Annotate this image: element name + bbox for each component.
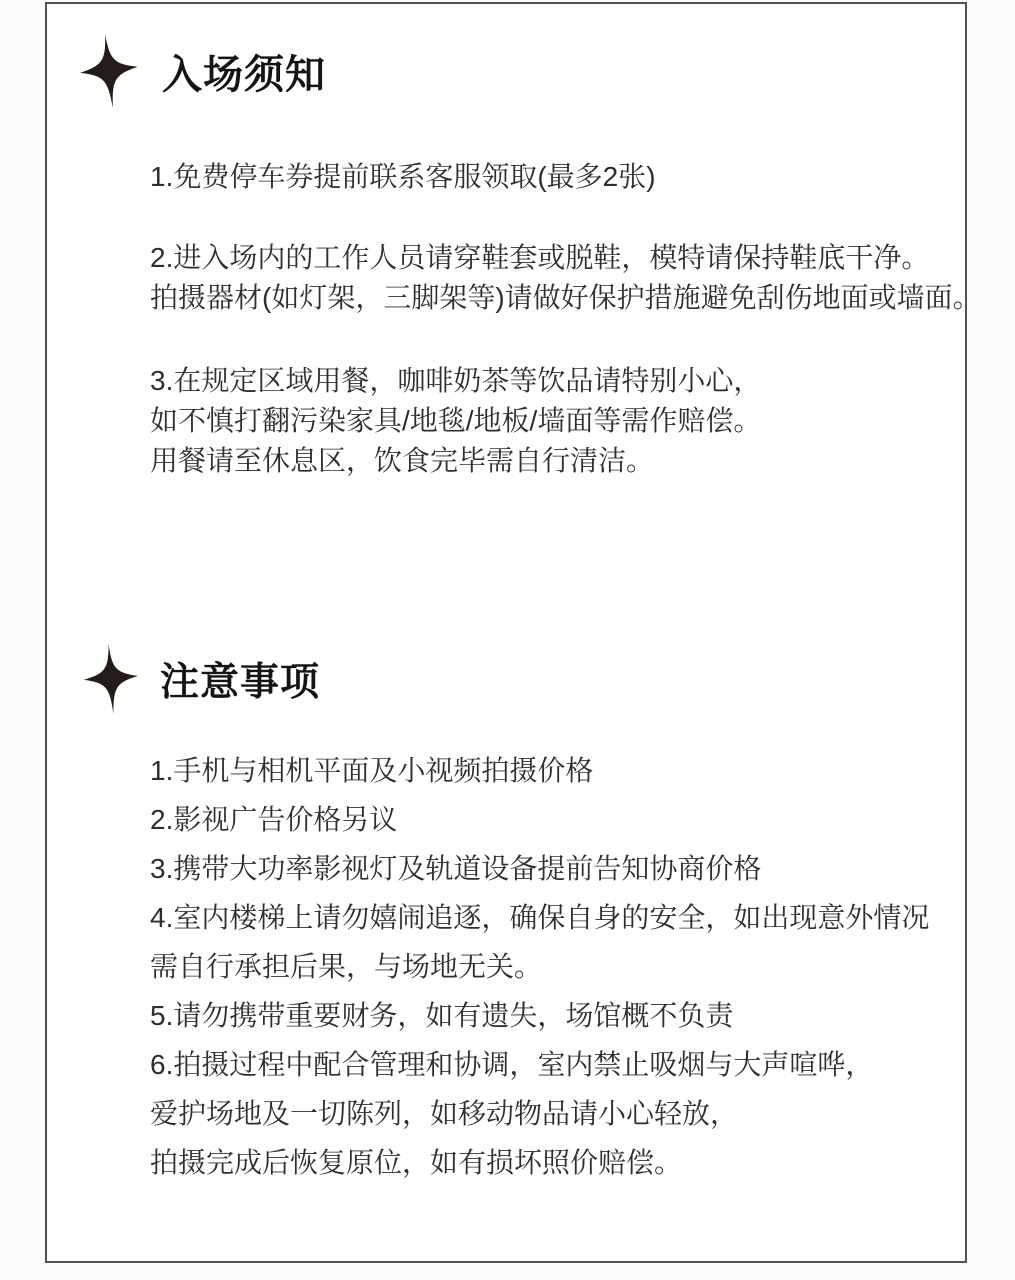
notice-line: 6.拍摄过程中配合管理和协调，室内禁止吸烟与大声喧哗， [150, 1040, 929, 1089]
entry-item-2: 2.进入场内的工作人员请穿鞋套或脱鞋，模特请保持鞋底干净。 拍摄器材(如灯架，三… [150, 238, 981, 318]
section-title-notes: 注意事项 [160, 651, 320, 707]
notice-line: 拍摄器材(如灯架，三脚架等)请做好保护措施避免刮伤地面或墙面。 [150, 278, 981, 318]
sparkle-icon [84, 642, 138, 716]
notice-line: 用餐请至休息区，饮食完毕需自行清洁。 [150, 441, 761, 481]
notice-line: 3.携带大功率影视灯及轨道设备提前告知协商价格 [150, 844, 929, 893]
sparkle-icon [80, 34, 138, 108]
entry-item-1: 1.免费停车券提前联系客服领取(最多2张) [150, 157, 656, 197]
notice-line: 1.免费停车券提前联系客服领取(最多2张) [150, 157, 656, 197]
notes-list: 1.手机与相机平面及小视频拍摄价格 2.影视广告价格另议 3.携带大功率影视灯及… [150, 746, 929, 1187]
entry-item-3: 3.在规定区域用餐，咖啡奶茶等饮品请特别小心， 如不慎打翻污染家具/地毯/地板/… [150, 361, 761, 481]
notice-line: 需自行承担后果，与场地无关。 [150, 942, 929, 991]
section-header-notes: 注意事项 [84, 642, 320, 716]
notice-line: 如不慎打翻污染家具/地毯/地板/墙面等需作赔偿。 [150, 401, 761, 441]
notice-line: 爱护场地及一切陈列，如移动物品请小心轻放， [150, 1089, 929, 1138]
notice-line: 5.请勿携带重要财务，如有遗失，场馆概不负责 [150, 991, 929, 1040]
notice-line: 1.手机与相机平面及小视频拍摄价格 [150, 746, 929, 795]
notice-line: 3.在规定区域用餐，咖啡奶茶等饮品请特别小心， [150, 361, 761, 401]
notice-page: 入场须知 1.免费停车券提前联系客服领取(最多2张) 2.进入场内的工作人员请穿… [0, 0, 1015, 1280]
notice-line: 4.室内楼梯上请勿嬉闹追逐，确保自身的安全，如出现意外情况 [150, 893, 929, 942]
section-title-entry: 入场须知 [162, 43, 326, 100]
notice-line: 2.影视广告价格另议 [150, 795, 929, 844]
section-header-entry: 入场须知 [80, 34, 326, 108]
notice-line: 拍摄完成后恢复原位，如有损坏照价赔偿。 [150, 1138, 929, 1187]
notice-line: 2.进入场内的工作人员请穿鞋套或脱鞋，模特请保持鞋底干净。 [150, 238, 981, 278]
